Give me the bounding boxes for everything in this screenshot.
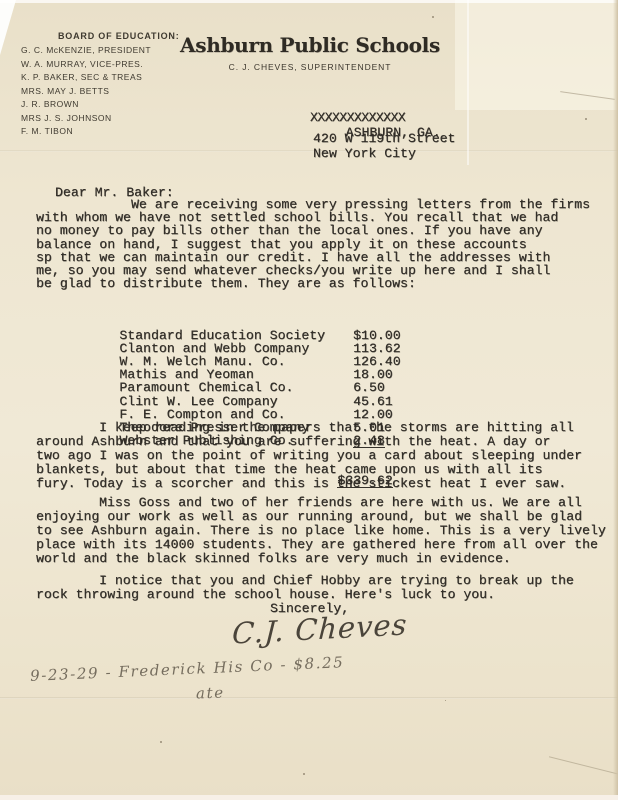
superintendent-name: C. J. CHEVES, SUPERINTENDENT	[150, 62, 470, 72]
account-row: Mathis and Yeoman 18.00	[36, 355, 416, 368]
crease-mark-right	[560, 91, 615, 100]
paragraph-4: I notice that you and Chief Hobby are tr…	[36, 574, 614, 602]
typed-line: place with its 14000 students. They are …	[36, 538, 614, 552]
typed-line: to see Ashburn again. There is no place …	[36, 524, 614, 538]
handwritten-note: 9-23-29 - Frederick His Co - $8.25	[30, 653, 345, 685]
crease-mark-bottom-right	[549, 756, 618, 774]
typed-line: Miss Goss and two of her friends are her…	[36, 496, 614, 510]
paper-speck	[432, 16, 434, 18]
typed-line: I keep reading in the papers that the st…	[36, 421, 614, 435]
corner-flap	[0, 0, 16, 55]
scan-edge-bottom	[0, 795, 618, 800]
account-row: Clanton and Webb Company 113.62	[36, 329, 416, 342]
board-member: F. M. TIBON	[21, 125, 180, 139]
typed-line: two ago I was on the point of writing yo…	[36, 449, 614, 463]
account-row: F. E. Compton and Co. 12.00	[36, 395, 416, 408]
paragraph-2: I keep reading in the papers that the st…	[36, 421, 614, 491]
fold-crease-vertical	[467, 0, 469, 165]
scan-edge-top	[0, 0, 618, 3]
board-member: J. R. BROWN	[21, 98, 180, 112]
paper-speck	[445, 700, 446, 701]
scan-edge-right	[613, 0, 618, 800]
typed-line: rock throwing around the school house. H…	[36, 588, 614, 602]
fold-crease-top	[0, 150, 618, 152]
account-row: Paramount Chemical Co. 6.50	[36, 368, 416, 381]
paper-speck	[585, 118, 587, 120]
paragraph-3: Miss Goss and two of her friends are her…	[36, 496, 614, 566]
account-row: W. M. Welch Manu. Co. 126.40	[36, 342, 416, 355]
city-address: New York City	[313, 146, 416, 161]
paper-speck	[160, 741, 162, 743]
typed-line: enjoying our work as well as our running…	[36, 510, 614, 524]
typed-line: world and the black skinned folks are ve…	[36, 552, 614, 566]
typed-line: balance on hand, I suggest that you appl…	[36, 238, 614, 251]
scanned-letter-page: BOARD OF EDUCATION: G. C. McKENZIE, PRES…	[0, 0, 618, 800]
street-address: 420 W 119th Street	[313, 131, 455, 146]
typed-line: I notice that you and Chief Hobby are tr…	[36, 574, 614, 588]
account-row: Standard Education Society $10.00	[36, 315, 416, 328]
account-row: Clint W. Lee Company 45.61	[36, 381, 416, 394]
board-member: MRS. MAY J. BETTS	[21, 85, 180, 99]
typed-line: fury. Today is a scorcher and this is th…	[36, 477, 614, 491]
strikeout-x-overlay: XXXXXXXXXXXXX	[310, 111, 405, 125]
account-row: Theodore Presser Company 5.01	[36, 408, 416, 421]
handwritten-note-2: ate	[196, 684, 225, 703]
typed-line: no money to pay bills other than the loc…	[36, 224, 614, 237]
account-rows: Standard Education Society $10.00 Clanto…	[36, 315, 416, 434]
board-member: K. P. BAKER, SEC & TREAS	[21, 71, 180, 85]
paper-light-patch	[455, 0, 618, 110]
school-name: Ashburn Public Schools	[150, 33, 470, 57]
letterhead-masthead: Ashburn Public Schools C. J. CHEVES, SUP…	[150, 33, 470, 72]
signature: C.J. Cheves	[231, 607, 408, 650]
board-member: MRS J. S. JOHNSON	[21, 112, 180, 126]
typed-line: around Ashburn and that you are sufferin…	[36, 435, 614, 449]
fold-crease-bottom	[0, 697, 618, 699]
typed-line: blankets, but about that time the heat c…	[36, 463, 614, 477]
paragraph-1: We are receiving some very pressing lett…	[36, 198, 614, 290]
paper-speck	[303, 773, 305, 775]
